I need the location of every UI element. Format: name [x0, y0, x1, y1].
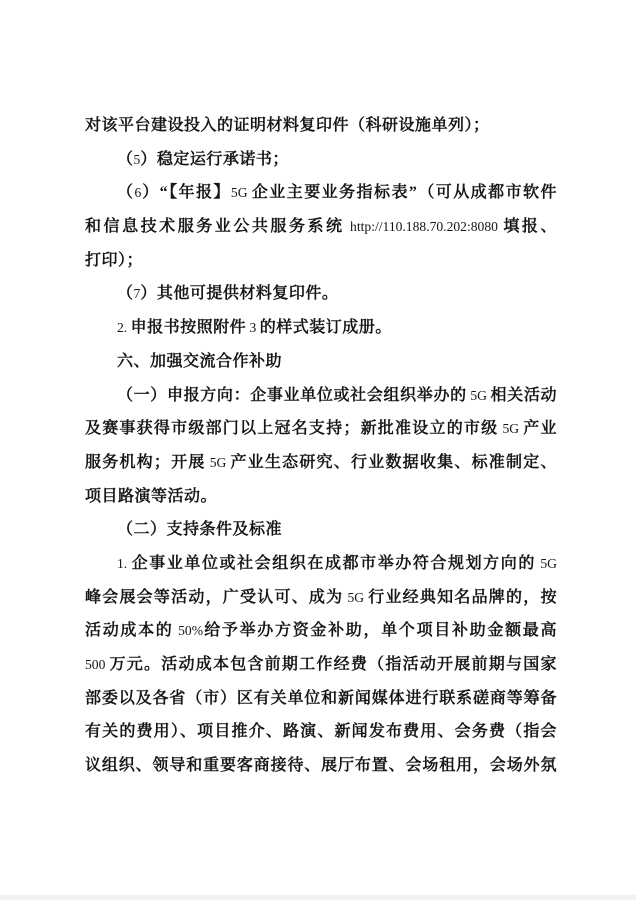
- document-line: 1. 企事业单位或社会组织在成都市举办符合规划方向的 5G: [85, 547, 557, 581]
- document-line: 有关的费用）、项目推介、路演、新闻发布费用、会务费（指会: [85, 715, 557, 749]
- latin-text-run: 5G: [498, 421, 523, 436]
- latin-text-run: http://110.188.70.202:8080: [345, 219, 504, 234]
- document-text-block: 对该平台建设投入的证明材料复印件（科研设施单列）；（5）稳定运行承诺书；（6）“…: [85, 109, 557, 783]
- latin-text-run: 3: [246, 320, 260, 335]
- latin-text-run: 2.: [117, 320, 131, 335]
- document-line: 500 万元。活动成本包含前期工作经费（指活动开展前期与国家: [85, 648, 557, 682]
- document-line: 打印）；: [85, 244, 557, 278]
- document-line: 2. 申报书按照附件 3 的样式装订成册。: [85, 311, 557, 345]
- latin-text-run: 5G: [467, 388, 491, 403]
- document-line: （6）“【年报】5G 企业主要业务指标表”（可从成都市软件: [85, 176, 557, 210]
- latin-text-run: 50%: [174, 623, 204, 638]
- document-line: （二）支持条件及标准: [85, 513, 557, 547]
- latin-text-run: 6: [134, 185, 141, 200]
- scanned-document-page: 对该平台建设投入的证明材料复印件（科研设施单列）；（5）稳定运行承诺书；（6）“…: [0, 0, 636, 900]
- document-line: （5）稳定运行承诺书；: [85, 143, 557, 177]
- document-line: 项目路演等活动。: [85, 480, 557, 514]
- latin-text-run: 7: [134, 286, 141, 301]
- document-line: （7）其他可提供材料复印件。: [85, 277, 557, 311]
- document-line: 服务机构；开展 5G 产业生态研究、行业数据收集、标准制定、: [85, 446, 557, 480]
- document-line: 活动成本的 50%给予举办方资金补助，单个项目补助金额最高: [85, 614, 557, 648]
- latin-text-run: 5G: [343, 590, 368, 605]
- document-line: 部委以及各省（市）区有关单位和新闻媒体进行联系磋商等筹备: [85, 682, 557, 716]
- document-line: 议组织、领导和重要客商接待、展厅布置、会场租用，会场外氛: [85, 749, 557, 783]
- latin-text-run: 5G: [206, 455, 231, 470]
- document-line: 峰会展会等活动，广受认可、成为 5G 行业经典知名品牌的，按: [85, 581, 557, 615]
- document-line: （一）申报方向：企事业单位或社会组织举办的 5G 相关活动: [85, 379, 557, 413]
- document-line: 和信息技术服务业公共服务系统 http://110.188.70.202:808…: [85, 210, 557, 244]
- latin-text-run: 5: [134, 152, 141, 167]
- document-line: 对该平台建设投入的证明材料复印件（科研设施单列）；: [85, 109, 557, 143]
- page-bottom-scan-edge: [0, 895, 636, 900]
- latin-text-run: 1.: [117, 556, 132, 571]
- document-line: 及赛事获得市级部门以上冠名支持；新批准设立的市级 5G 产业: [85, 412, 557, 446]
- document-line: 六、加强交流合作补助: [85, 345, 557, 379]
- latin-text-run: 5G: [231, 185, 252, 200]
- latin-text-run: 5G: [536, 556, 557, 571]
- latin-text-run: 500: [85, 657, 110, 672]
